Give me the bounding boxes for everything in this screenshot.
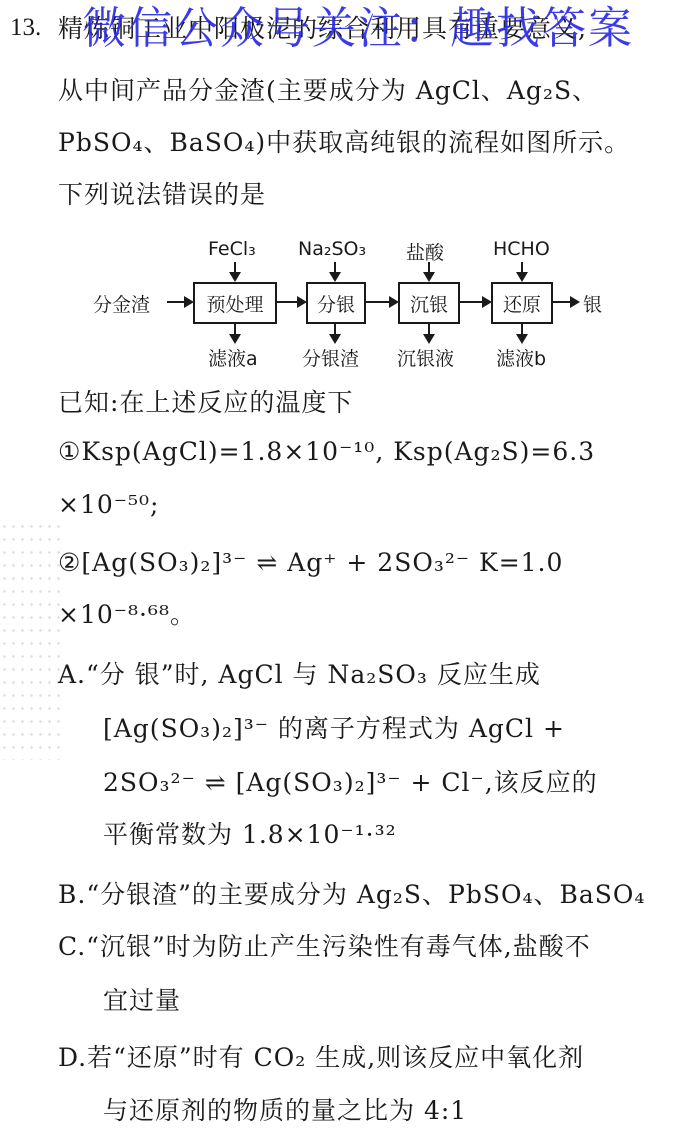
waste-3: 沉银液	[397, 344, 454, 371]
arrow-waste-3	[428, 322, 430, 342]
option-a-line-4: 平衡常数为 1.8×10⁻¹·³²	[103, 820, 397, 850]
option-a-line-1: A.“分 银”时, AgCl 与 Na₂SO₃ 反应生成	[58, 660, 541, 690]
arrow-waste-4	[521, 322, 523, 342]
waste-4: 滤液b	[496, 344, 546, 371]
arrow-2-3	[364, 301, 397, 303]
step-box-2: 分银	[306, 282, 366, 324]
step-box-4: 还原	[491, 282, 553, 324]
arrow-input	[167, 301, 192, 303]
reagent-2: Na₂SO₃	[298, 238, 366, 260]
given-item-1-line-1: ①Ksp(AgCl)=1.8×10⁻¹⁰, Ksp(Ag₂S)=6.3	[58, 437, 595, 467]
waste-1: 滤液a	[208, 344, 258, 371]
stem-line-2: 从中间产品分金渣(主要成分为 AgCl、Ag₂S、	[58, 76, 598, 106]
option-d-line-1: D.若“还原”时有 CO₂ 生成,则该反应中氧化剂	[58, 1043, 584, 1073]
arrow-reagent-2	[334, 262, 336, 280]
given-intro: 已知:在上述反应的温度下	[58, 388, 353, 418]
reagent-1: FeCl₃	[208, 238, 256, 260]
given-item-1-line-2: ×10⁻⁵⁰;	[58, 490, 159, 520]
arrow-reagent-3	[428, 262, 430, 280]
arrow-reagent-4	[521, 262, 523, 280]
option-a-line-2: [Ag(SO₃)₂]³⁻ 的离子方程式为 AgCl +	[103, 714, 565, 744]
watermark-overlay: 微信公众号关注：趣找答案	[82, 4, 634, 54]
given-item-2-line-2: ×10⁻⁸·⁶⁸。	[58, 600, 196, 630]
arrow-3-4	[458, 301, 490, 303]
option-a-line-3: 2SO₃²⁻ ⇌ [Ag(SO₃)₂]³⁻ + Cl⁻,该反应的	[103, 768, 598, 798]
option-c-line-2: 宜过量	[103, 986, 181, 1016]
arrow-waste-1	[234, 322, 236, 342]
flow-input: 分金渣	[93, 290, 150, 317]
given-item-2-line-1: ②[Ag(SO₃)₂]³⁻ ⇌ Ag⁺ + 2SO₃²⁻ K=1.0	[58, 548, 563, 578]
scan-noise	[0, 520, 60, 760]
stem-line-4: 下列说法错误的是	[58, 180, 266, 210]
step-box-3: 沉银	[398, 282, 460, 324]
step-box-1: 预处理	[193, 282, 277, 324]
stem-line-3: PbSO₄、BaSO₄)中获取高纯银的流程如图所示。	[58, 128, 630, 158]
arrow-output	[551, 301, 578, 303]
question-number: 13.	[10, 14, 41, 42]
reagent-4: HCHO	[493, 238, 550, 260]
arrow-1-2	[275, 301, 305, 303]
option-d-line-2: 与还原剂的物质的量之比为 4:1	[103, 1096, 467, 1126]
arrow-reagent-1	[234, 262, 236, 280]
option-c-line-1: C.“沉银”时为防止产生污染性有毒气体,盐酸不	[58, 932, 591, 962]
waste-2: 分银渣	[302, 344, 359, 371]
reagent-3: 盐酸	[406, 238, 444, 265]
flow-output: 银	[583, 290, 602, 317]
option-b-line-1: B.“分银渣”的主要成分为 Ag₂S、PbSO₄、BaSO₄	[58, 880, 645, 910]
arrow-waste-2	[334, 322, 336, 342]
